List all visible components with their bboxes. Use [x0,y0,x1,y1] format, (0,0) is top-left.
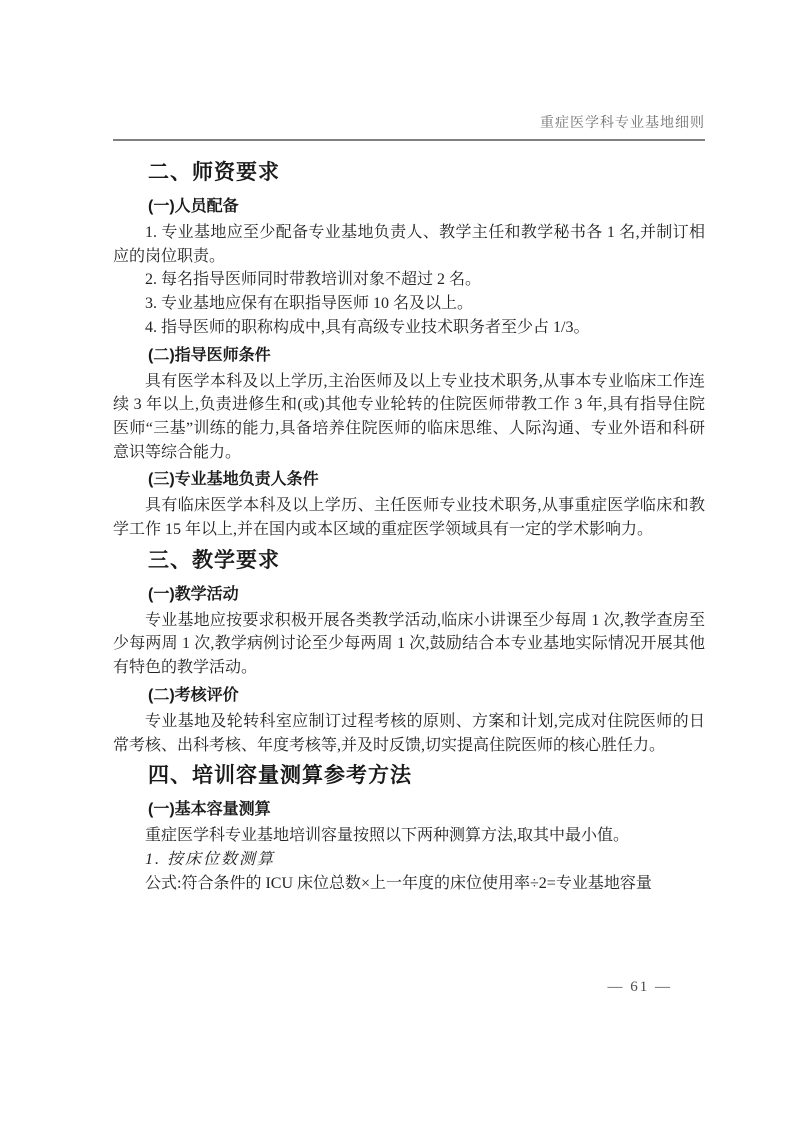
paragraph: 专业基地及轮转科室应制订过程考核的原则、方案和计划,完成对住院医师的日常考核、出… [113,710,705,757]
paragraph: 公式:符合条件的 ICU 床位总数×上一年度的床位使用率÷2=专业基地容量 [113,872,705,896]
section-heading: 四、培训容量测算参考方法 [148,763,705,789]
document-page: 重症医学科专业基地细则 二、师资要求(一)人员配备1. 专业基地应至少配备专业基… [0,0,800,1131]
paragraph: 重症医学科专业基地培训容量按照以下两种测算方法,取其中最小值。 [113,824,705,848]
paragraph-kai: 1. 按床位数测算 [113,848,705,872]
page-number: — 61 — [608,979,673,996]
paragraph: 2. 每名指导医师同时带教培训对象不超过 2 名。 [113,268,705,292]
subsection-heading: (一)教学活动 [148,583,705,607]
section-heading: 二、师资要求 [148,160,705,186]
paragraph: 专业基地应按要求积极开展各类教学活动,临床小讲课至少每周 1 次,教学查房至少每… [113,609,705,680]
running-header-title: 重症医学科专业基地细则 [540,116,705,131]
paragraph: 4. 指导医师的职称构成中,具有高级专业技术职务者至少占 1/3。 [113,316,705,340]
paragraph: 具有临床医学本科及以上学历、主任医师专业技术职务,从事重症医学临床和教学工作 1… [113,494,705,541]
document-body: 二、师资要求(一)人员配备1. 专业基地应至少配备专业基地负责人、教学主任和教学… [113,160,705,895]
subsection-heading: (三)专业基地负责人条件 [148,468,705,492]
subsection-heading: (二)考核评价 [148,684,705,708]
subsection-heading: (一)人员配备 [148,195,705,219]
paragraph: 3. 专业基地应保有在职指导医师 10 名及以上。 [113,292,705,316]
paragraph: 具有医学本科及以上学历,主治医师及以上专业技术职务,从事本专业临床工作连续 3 … [113,370,705,465]
page-header: 重症医学科专业基地细则 [113,0,705,141]
section-heading: 三、教学要求 [148,548,705,574]
subsection-heading: (一)基本容量测算 [148,798,705,822]
subsection-heading: (二)指导医师条件 [148,344,705,368]
paragraph: 1. 专业基地应至少配备专业基地负责人、教学主任和教学秘书各 1 名,并制订相应… [113,221,705,268]
